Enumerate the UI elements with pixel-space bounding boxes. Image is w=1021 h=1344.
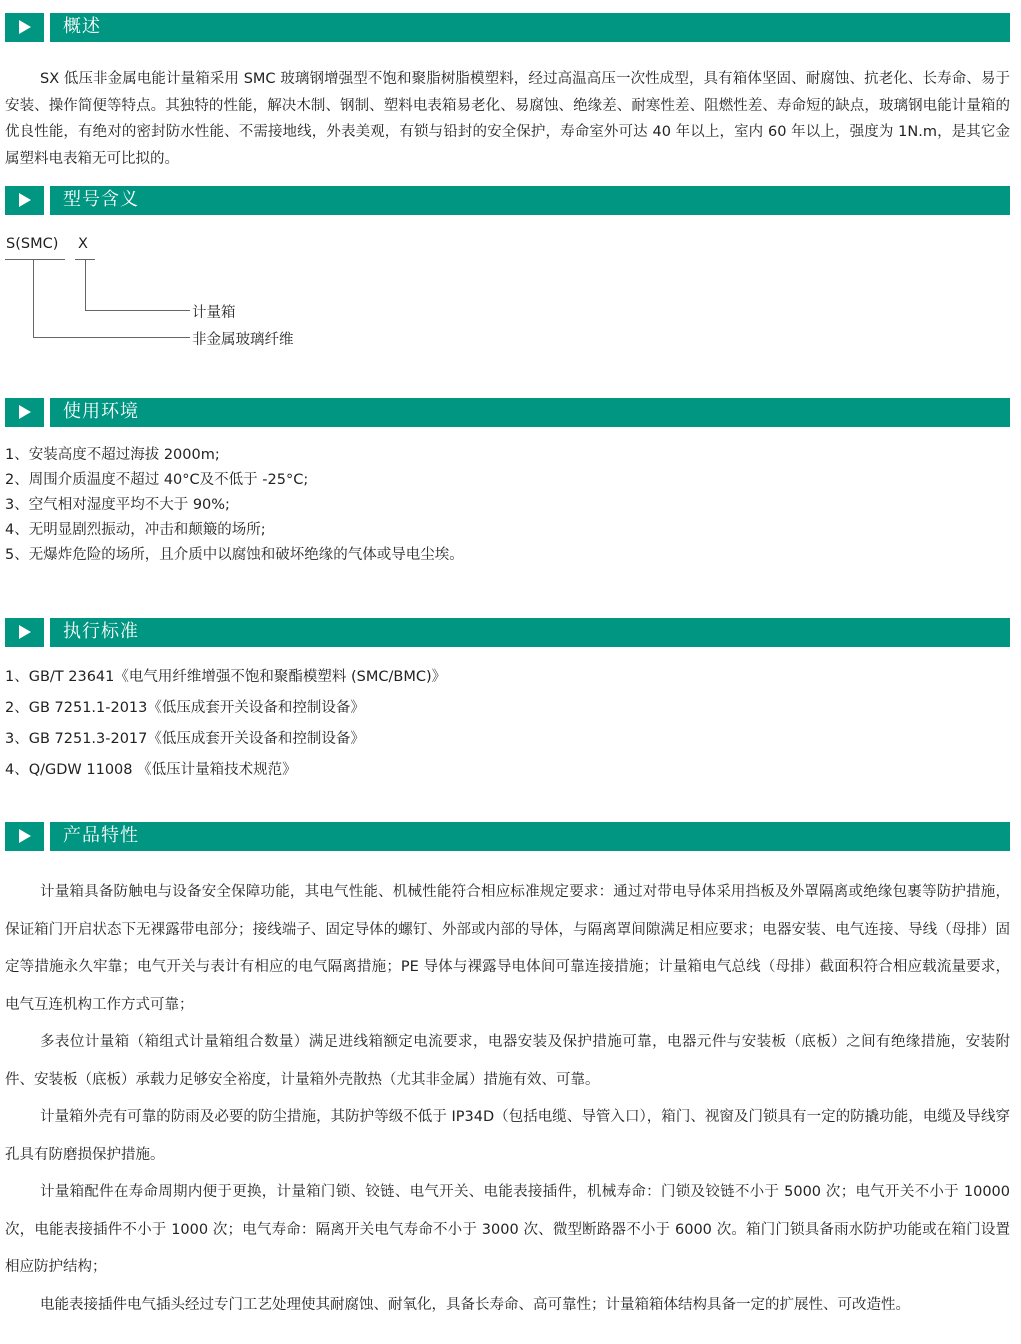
section-header-overview: 概述 bbox=[5, 13, 1010, 42]
list-item: 2、周围介质温度不超过 40°C及不低于 -25°C; bbox=[5, 468, 1010, 493]
section-title-bar: 使用环境 bbox=[50, 398, 1010, 427]
section-title: 型号含义 bbox=[63, 189, 139, 211]
model-code-diagram: S(SMC) X 计量箱 非金属玻璃纤维 bbox=[0, 230, 400, 360]
list-item: 1、GB/T 23641《电气用纤维增强不饱和聚酯模塑料 (SMC/BMC)》 bbox=[5, 662, 1010, 693]
connector-horizontal-part2 bbox=[85, 310, 190, 311]
connector-vertical-part2 bbox=[85, 259, 86, 310]
features-paragraph-2: 多表位计量箱（箱组式计量箱组合数量）满足进线箱额定电流要求，电器安装及保护措施可… bbox=[5, 1024, 1010, 1099]
environment-list: 1、安装高度不超过海拔 2000m; 2、周围介质温度不超过 40°C及不低于 … bbox=[5, 443, 1010, 568]
play-triangle-icon bbox=[5, 618, 44, 647]
section-title: 概述 bbox=[63, 16, 101, 38]
section-header-standards: 执行标准 bbox=[5, 618, 1010, 647]
model-code-part2: X bbox=[78, 236, 88, 252]
section-header-features: 产品特性 bbox=[5, 822, 1010, 851]
section-title-bar: 型号含义 bbox=[50, 186, 1010, 215]
features-paragraph-1: 计量箱具备防触电与设备安全保障功能，其电气性能、机械性能符合相应标准规定要求：通… bbox=[5, 874, 1010, 1024]
underline-part1 bbox=[5, 259, 65, 260]
section-header-model-meaning: 型号含义 bbox=[5, 186, 1010, 215]
play-triangle-icon bbox=[5, 186, 44, 215]
play-triangle-icon bbox=[5, 13, 44, 42]
section-title-bar: 执行标准 bbox=[50, 618, 1010, 647]
play-triangle-icon bbox=[5, 822, 44, 851]
list-item: 3、GB 7251.3-2017《低压成套开关设备和控制设备》 bbox=[5, 724, 1010, 755]
label-part1: 非金属玻璃纤维 bbox=[192, 328, 294, 349]
features-paragraph-3: 计量箱外壳有可靠的防雨及必要的防尘措施，其防护等级不低于 IP34D（包括电缆、… bbox=[5, 1099, 1010, 1174]
standards-list: 1、GB/T 23641《电气用纤维增强不饱和聚酯模塑料 (SMC/BMC)》 … bbox=[5, 662, 1010, 786]
section-title: 使用环境 bbox=[63, 401, 139, 423]
section-title-bar: 概述 bbox=[50, 13, 1010, 42]
section-header-environment: 使用环境 bbox=[5, 398, 1010, 427]
list-item: 5、无爆炸危险的场所，且介质中以腐蚀和破坏绝缘的气体或导电尘埃。 bbox=[5, 543, 1010, 568]
model-code-part1: S(SMC) bbox=[6, 236, 58, 252]
list-item: 3、空气相对湿度平均不大于 90%; bbox=[5, 493, 1010, 518]
features-paragraph-4: 计量箱配件在寿命周期内便于更换，计量箱门锁、铰链、电气开关、电能表接插件，机械寿… bbox=[5, 1174, 1010, 1287]
overview-paragraph: SX 低压非金属电能计量箱采用 SMC 玻璃钢增强型不饱和聚脂树脂模塑料，经过高… bbox=[5, 66, 1010, 172]
list-item: 4、无明显剧烈振动，冲击和颠簸的场所; bbox=[5, 518, 1010, 543]
features-paragraph-5: 电能表接插件电气插头经过专门工艺处理使其耐腐蚀、耐氧化，具备长寿命、高可靠性；计… bbox=[5, 1287, 1010, 1325]
connector-vertical-part1 bbox=[33, 259, 34, 337]
label-part2: 计量箱 bbox=[192, 301, 236, 322]
connector-horizontal-part1 bbox=[33, 337, 190, 338]
list-item: 4、Q/GDW 11008 《低压计量箱技术规范》 bbox=[5, 755, 1010, 786]
section-title-bar: 产品特性 bbox=[50, 822, 1010, 851]
section-title: 执行标准 bbox=[63, 621, 139, 643]
section-title: 产品特性 bbox=[63, 825, 139, 847]
list-item: 2、GB 7251.1-2013《低压成套开关设备和控制设备》 bbox=[5, 693, 1010, 724]
list-item: 1、安装高度不超过海拔 2000m; bbox=[5, 443, 1010, 468]
play-triangle-icon bbox=[5, 398, 44, 427]
